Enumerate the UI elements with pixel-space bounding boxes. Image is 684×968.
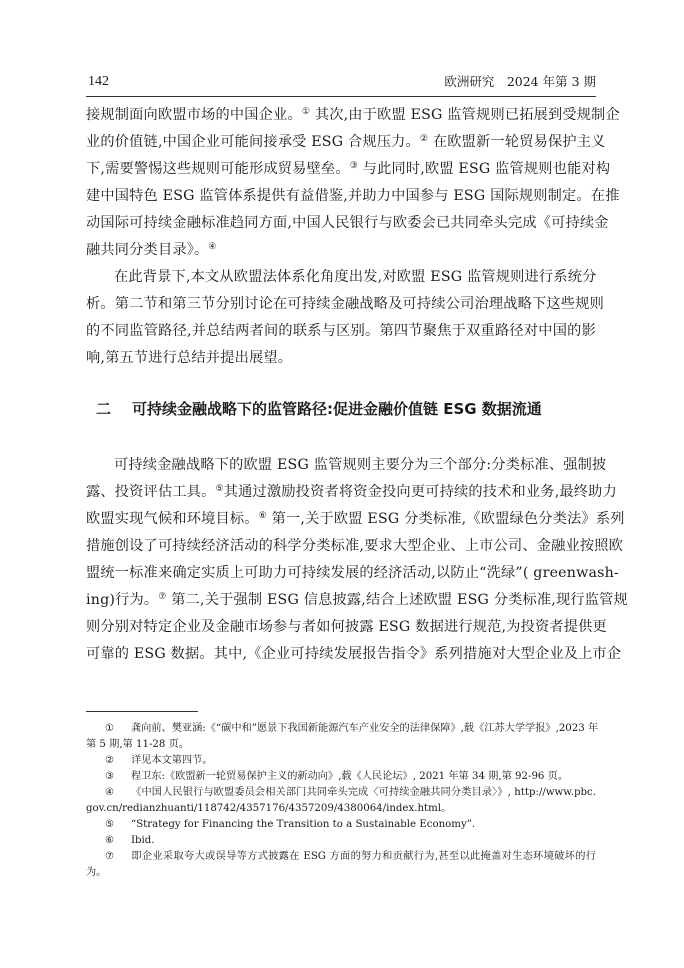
footnote-ref[interactable]: ⑦ [158, 592, 166, 602]
text-line: 接规制面向欧盟市场的中国企业。① 其次,由于欧盟 ESG 监管规则已拓展到受规制… [86, 104, 596, 126]
text-line: 措施创设了可持续经济活动的科学分类标准,要求大型企业、上市公司、金融业按照欧 [86, 535, 596, 557]
text-line: 欧盟实现气候和环境目标。⑥ 第一,关于欧盟 ESG 分类标准,《欧盟绿色分类法》… [86, 508, 596, 530]
footnote-ref[interactable]: ⑤ [216, 484, 224, 494]
footnote-7: ⑦即企业采取夸大或误导等方式披露在 ESG 方面的努力和贡献行为,甚至以此掩盖对… [86, 849, 596, 865]
text-line: 业的价值链,中国企业可能间接承受 ESG 合规压力。② 在欧盟新一轮贸易保护主义 [86, 131, 596, 153]
text-line: 动国际可持续金融标准趋同方面,中国人民银行与欧委会已共同牵头完成《可持续金 [86, 212, 596, 234]
footnote-4: ④《中国人民银行与欧盟委员会相关部门共同牵头完成〈可持续金融共同分类目录〉》, … [86, 785, 596, 801]
footnote-2: ②详见本文第四节。 [86, 753, 596, 769]
text-line: 响,第五节进行总结并提出展望。 [86, 347, 596, 369]
text-line: 下,需要警惕这些规则可能形成贸易壁垒。③ 与此同时,欧盟 ESG 监管规则也能对… [86, 158, 596, 180]
header-rule [86, 96, 596, 97]
text-line: ing)行为。⑦ 第二,关于强制 ESG 信息披露,结合上述欧盟 ESG 分类标… [86, 589, 596, 611]
footnote-rule [86, 711, 198, 712]
footnote-3: ③程卫东:《欧盟新一轮贸易保护主义的新动向》,载《人民论坛》, 2021 年第 … [86, 769, 596, 785]
footnote-6: ⑥Ibid. [86, 833, 596, 849]
footnote-ref[interactable]: ⑥ [259, 511, 267, 521]
footnote-1-cont: 第 5 期,第 11-28 页。 [86, 737, 596, 753]
footnote-4-url[interactable]: gov.cn/redianzhuanti/118742/4357176/4357… [86, 801, 596, 817]
footnote-ref[interactable]: ② [420, 134, 428, 144]
footnote-ref[interactable]: ① [302, 107, 310, 117]
footnote-1: ①龚向前、樊亚涵:《“碳中和”愿景下我国新能源汽车产业安全的法律保障》,载《江苏… [86, 721, 596, 737]
text-line: 可持续金融战略下的欧盟 ESG 监管规则主要分为三个部分:分类标准、强制披 [86, 454, 596, 476]
page-number: 142 [88, 72, 109, 92]
text-line: 盟统一标准来确定实质上可助力可持续发展的经济活动,以防止“洗绿”( greenw… [86, 562, 596, 584]
text-line: 析。第二节和第三节分别讨论在可持续金融战略及可持续公司治理战略下这些规则 [86, 293, 596, 315]
text-line: 在此背景下,本文从欧盟法体系化角度出发,对欧盟 ESG 监管规则进行系统分 [86, 266, 596, 288]
footnote-5: ⑤“Strategy for Financing the Transition … [86, 817, 596, 833]
section-title: 可持续金融战略下的监管路径:促进金融价值链 ESG 数据流通 [132, 400, 542, 418]
footnote-ref[interactable]: ③ [350, 161, 358, 171]
text-line: 可靠的 ESG 数据。其中,《企业可持续发展报告指令》系列措施对大型企业及上市企 [86, 643, 596, 665]
journal-issue: 欧洲研究 2024 年第 3 期 [444, 72, 596, 92]
section-number: 二 [96, 397, 132, 421]
text-line: 建中国特色 ESG 监管体系提供有益借鉴,并助力中国参与 ESG 国际规则制定。… [86, 185, 596, 207]
footnote-ref[interactable]: ④ [208, 242, 216, 252]
text-line: 的不同监管路径,并总结两者间的联系与区别。第四节聚焦于双重路径对中国的影 [86, 320, 596, 342]
text-line: 则分别对特定企业及金融市场参与者如何披露 ESG 数据进行规范,为投资者提供更 [86, 616, 596, 638]
text-line: 露、投资评估工具。⑤其通过激励投资者将资金投向更可持续的技术和业务,最终助力 [86, 481, 596, 503]
section-heading: 二可持续金融战略下的监管路径:促进金融价值链 ESG 数据流通 [96, 397, 596, 421]
running-header: 142 欧洲研究 2024 年第 3 期 [86, 72, 596, 92]
footnote-7-cont: 为。 [86, 865, 596, 881]
text-line: 融共同分类目录》。④ [86, 239, 596, 261]
